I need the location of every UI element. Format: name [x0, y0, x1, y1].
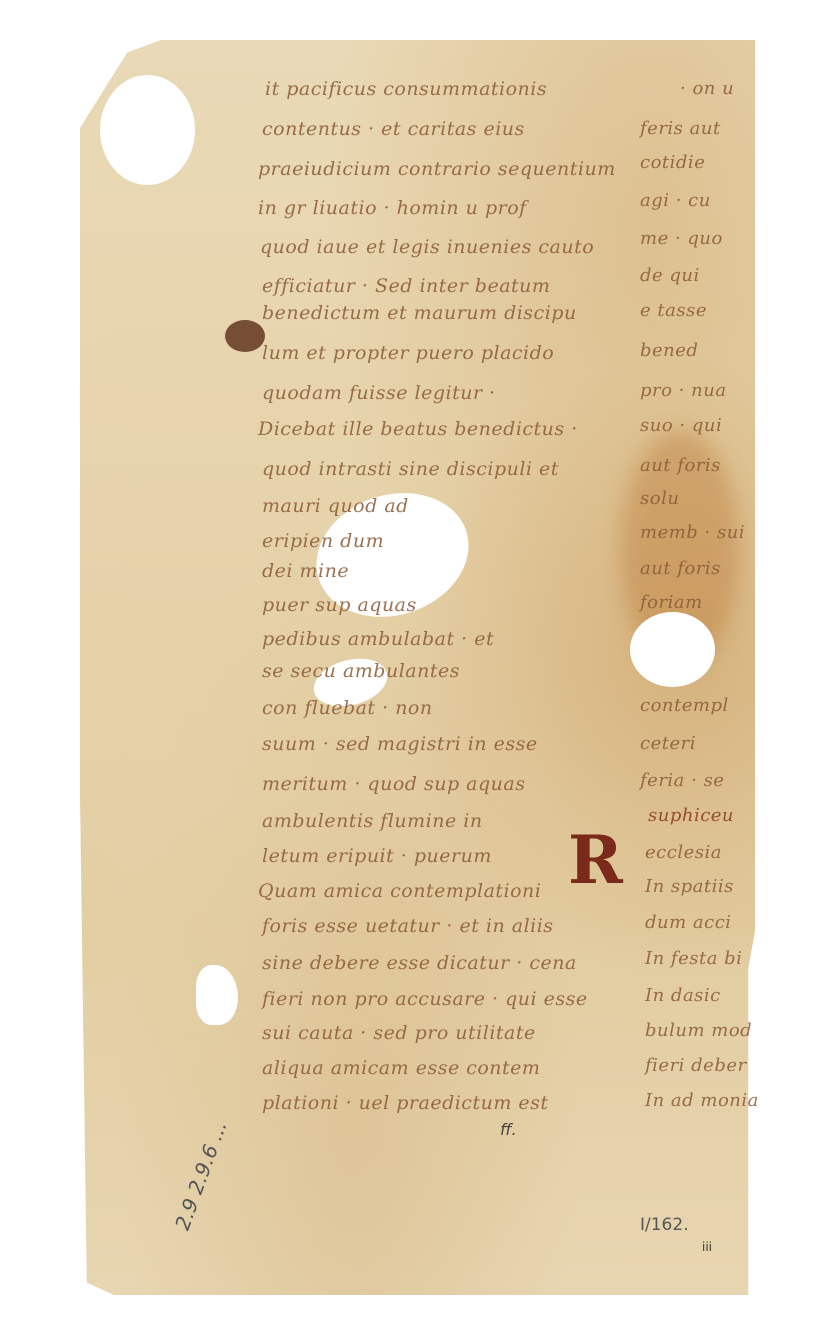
text-line: memb · sui [640, 522, 745, 543]
text-line: it pacificus consummationis [265, 78, 547, 100]
shelfmark: I/162. [640, 1215, 689, 1235]
text-line: In ad monia [645, 1090, 759, 1111]
text-line: In festa bi [645, 948, 742, 969]
text-line: puer sup aquas [262, 594, 417, 616]
text-line: pro · nua [640, 380, 727, 401]
text-line: se secu ambulantes [262, 660, 460, 682]
text-line: sine debere esse dicatur · cena [262, 952, 577, 974]
text-line: Dicebat ille beatus benedictus · [258, 418, 578, 440]
text-line: suo · qui [640, 415, 722, 436]
text-line: agi · cu [640, 190, 711, 211]
text-line: letum eripuit · puerum [262, 845, 492, 867]
text-line: foris esse uetatur · et in aliis [262, 915, 554, 937]
text-line: meritum · quod sup aquas [262, 773, 525, 795]
text-line: foriam [640, 592, 703, 613]
hole-right [630, 612, 715, 687]
text-line: e tasse [640, 300, 707, 321]
text-line: dum acci [645, 912, 732, 933]
text-line: · on u [680, 78, 734, 99]
text-line: me · quo [640, 228, 723, 249]
text-line: praeiudicium contrario sequentium [258, 158, 616, 180]
text-line: plationi · uel praedictum est [262, 1092, 549, 1114]
text-line: quod intrasti sine discipuli et [262, 458, 559, 480]
text-line: aliqua amicam esse contem [262, 1057, 540, 1079]
text-line: quodam fuisse legitur · [262, 382, 496, 404]
ink-stain [225, 320, 265, 352]
text-line: feria · se [640, 770, 724, 791]
text-line: mauri quod ad [262, 495, 409, 517]
text-line: ceteri [640, 733, 696, 754]
text-line: eripien dum [262, 530, 384, 552]
text-line: Quam amica contemplationi [258, 880, 541, 902]
decorated-initial: R [568, 820, 628, 900]
text-line: cotidie [640, 152, 705, 173]
text-line: sui cauta · sed pro utilitate [262, 1022, 536, 1044]
text-line: contentus · et caritas eius [262, 118, 525, 140]
text-line: ecclesia [645, 842, 722, 863]
text-line: con fluebat · non [262, 697, 433, 719]
text-line: lum et propter puero placido [262, 342, 554, 364]
text-line: efficiatur · Sed inter beatum [262, 275, 550, 297]
hole-top-left [100, 75, 195, 185]
text-line: In spatiis [645, 876, 734, 897]
text-line: contempl [640, 695, 729, 716]
text-line: fieri non pro accusare · qui esse [262, 988, 588, 1010]
text-line: de qui [640, 265, 700, 286]
text-line: benedictum et maurum discipu [262, 302, 577, 324]
text-line: bulum mod [645, 1020, 752, 1041]
text-line: pedibus ambulabat · et [262, 628, 494, 650]
text-line: solu [640, 488, 679, 509]
text-line: fieri deber [645, 1055, 747, 1076]
text-line: quod iaue et legis inuenies cauto [260, 236, 594, 258]
text-line: dei mine [262, 560, 349, 582]
text-line: aut foris [640, 455, 721, 476]
text-line: aut foris [640, 558, 721, 579]
text-line: bened [640, 340, 698, 361]
text-line: suphiceu [648, 805, 734, 826]
bottom-right-mark: iii [702, 1240, 712, 1254]
text-line: in gr liuatio · homin u prof [258, 197, 527, 219]
text-line: suum · sed magistri in esse [262, 733, 538, 755]
text-line: In dasic [645, 985, 721, 1006]
text-line: feris aut [640, 118, 721, 139]
text-line: ambulentis flumine in [262, 810, 483, 832]
bottom-center-mark: ff. [500, 1120, 517, 1139]
